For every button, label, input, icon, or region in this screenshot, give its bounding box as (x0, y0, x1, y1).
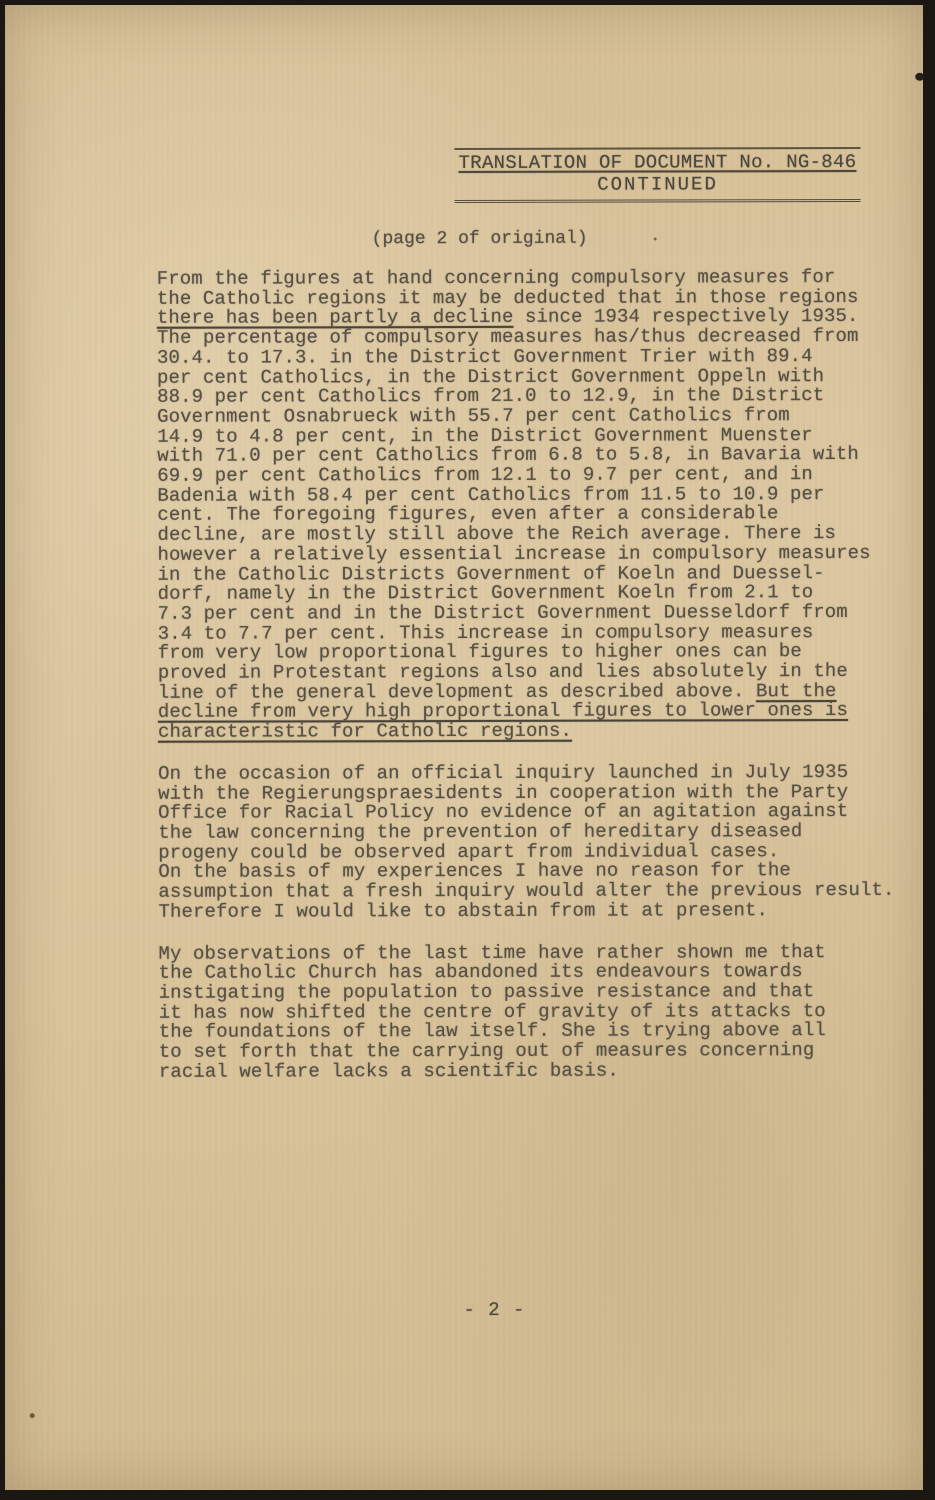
paragraph: My observations of the last time have ra… (159, 942, 904, 1082)
body-text: From the figures at hand concerning comp… (157, 268, 904, 1082)
text-segment: since 1934 respectively 1935. The percen… (157, 305, 871, 703)
paper-speck (654, 237, 657, 240)
paper-speck (915, 73, 924, 81)
scanned-document-page: { "document": { "header": { "line1": "TR… (0, 0, 935, 1500)
scan-content: TRANSLATION OF DOCUMENT No. NG-846 CONTI… (3, 4, 925, 1491)
paper-sheet: TRANSLATION OF DOCUMENT No. NG-846 CONTI… (5, 5, 923, 1490)
paragraph: On the occasion of an official inquiry l… (158, 763, 903, 923)
footer-page-number: - 2 - (463, 1299, 525, 1321)
document-header: TRANSLATION OF DOCUMENT No. NG-846 CONTI… (454, 147, 860, 203)
paper-speck (30, 1413, 35, 1418)
text-segment: On the occasion of an official inquiry l… (158, 761, 894, 923)
header-continued: CONTINUED (454, 173, 860, 196)
page-subtitle: (page 2 of original) (372, 229, 588, 250)
text-segment: My observations of the last time have ra… (159, 941, 826, 1083)
paragraph: From the figures at hand concerning comp… (157, 268, 903, 743)
header-title: TRANSLATION OF DOCUMENT No. NG-846 (454, 151, 860, 174)
text-segment: From the figures at hand concerning comp… (157, 266, 859, 309)
